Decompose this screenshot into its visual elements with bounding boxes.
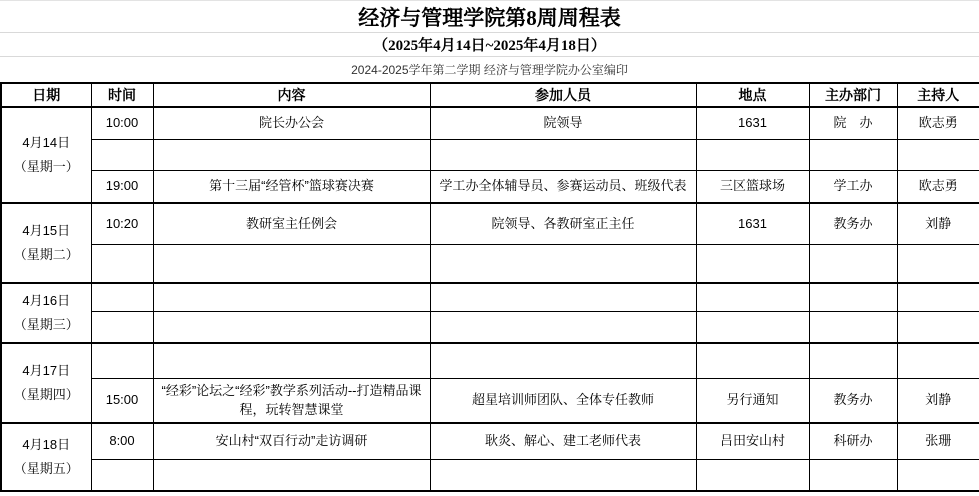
department-cell: [809, 244, 897, 283]
content-cell: 第十三届“经管杯”篮球赛决赛: [153, 170, 430, 203]
date-range-subtitle: （2025年4月14日~2025年4月18日）: [0, 33, 979, 57]
department-cell: [809, 343, 897, 378]
location-cell: [696, 283, 809, 311]
table-row: 4月17日 （星期四）: [1, 343, 979, 378]
col-header-department: 主办部门: [809, 83, 897, 107]
weekday-label: （星期五）: [6, 457, 87, 481]
time-cell: 10:20: [91, 203, 153, 244]
host-cell: 欧志勇: [897, 170, 979, 203]
location-cell: [696, 459, 809, 491]
participants-cell: [430, 244, 696, 283]
location-cell: [696, 139, 809, 170]
time-cell: [91, 311, 153, 343]
weekday-label: （星期二）: [6, 243, 87, 267]
header-row: 日期 时间 内容 参加人员 地点 主办部门 主持人: [1, 83, 979, 107]
department-cell: 教务办: [809, 378, 897, 423]
host-cell: 欧志勇: [897, 107, 979, 139]
date-cell: 4月15日 （星期二）: [1, 203, 91, 283]
host-cell: [897, 244, 979, 283]
department-cell: [809, 459, 897, 491]
time-cell: [91, 343, 153, 378]
weekday-label: （星期四）: [6, 383, 87, 407]
col-header-participants: 参加人员: [430, 83, 696, 107]
table-row: [1, 311, 979, 343]
table-row: 4月15日 （星期二） 10:20 教研室主任例会 院领导、各教研室正主任 16…: [1, 203, 979, 244]
host-cell: [897, 139, 979, 170]
participants-cell: 学工办全体辅导员、参赛运动员、班级代表: [430, 170, 696, 203]
time-cell: [91, 139, 153, 170]
location-cell: [696, 311, 809, 343]
table-row: 15:00 “经彩”论坛之“经彩”教学系列活动--打造精品课程，玩转智慧课堂 超…: [1, 378, 979, 423]
time-cell: 15:00: [91, 378, 153, 423]
participants-cell: [430, 459, 696, 491]
date-label: 4月14日: [6, 131, 87, 155]
content-cell: 院长办公会: [153, 107, 430, 139]
participants-cell: 超星培训师团队、全体专任教师: [430, 378, 696, 423]
col-header-time: 时间: [91, 83, 153, 107]
location-cell: 吕田安山村: [696, 423, 809, 459]
col-header-location: 地点: [696, 83, 809, 107]
location-cell: 另行通知: [696, 378, 809, 423]
participants-cell: 院领导、各教研室正主任: [430, 203, 696, 244]
weekday-label: （星期一）: [6, 155, 87, 179]
table-row: [1, 459, 979, 491]
time-cell: 8:00: [91, 423, 153, 459]
issuer-line: 2024-2025学年第二学期 经济与管理学院办公室编印: [0, 57, 979, 82]
date-cell: 4月18日 （星期五）: [1, 423, 91, 491]
department-cell: [809, 311, 897, 343]
department-cell: 教务办: [809, 203, 897, 244]
table-row: 19:00 第十三届“经管杯”篮球赛决赛 学工办全体辅导员、参赛运动员、班级代表…: [1, 170, 979, 203]
host-cell: [897, 459, 979, 491]
participants-cell: [430, 283, 696, 311]
time-cell: 10:00: [91, 107, 153, 139]
time-cell: [91, 244, 153, 283]
date-label: 4月17日: [6, 359, 87, 383]
content-cell: [153, 283, 430, 311]
col-header-content: 内容: [153, 83, 430, 107]
time-cell: [91, 459, 153, 491]
table-row: 4月16日 （星期三）: [1, 283, 979, 311]
content-cell: “经彩”论坛之“经彩”教学系列活动--打造精品课程，玩转智慧课堂: [153, 378, 430, 423]
date-label: 4月18日: [6, 433, 87, 457]
department-cell: 学工办: [809, 170, 897, 203]
content-cell: [153, 343, 430, 378]
location-cell: 1631: [696, 203, 809, 244]
host-cell: 刘静: [897, 203, 979, 244]
location-cell: 1631: [696, 107, 809, 139]
department-cell: [809, 283, 897, 311]
weekly-schedule-page: 经济与管理学院第8周周程表 （2025年4月14日~2025年4月18日） 20…: [0, 0, 979, 496]
page-title: 经济与管理学院第8周周程表: [0, 0, 979, 33]
participants-cell: 院领导: [430, 107, 696, 139]
host-cell: [897, 343, 979, 378]
department-cell: 科研办: [809, 423, 897, 459]
time-cell: [91, 283, 153, 311]
col-header-host: 主持人: [897, 83, 979, 107]
location-cell: [696, 244, 809, 283]
weekday-label: （星期三）: [6, 313, 87, 337]
table-row: 4月18日 （星期五） 8:00 安山村“双百行动”走访调研 耿炎、解心、建工老…: [1, 423, 979, 459]
content-cell: [153, 311, 430, 343]
location-cell: 三区篮球场: [696, 170, 809, 203]
content-cell: [153, 459, 430, 491]
location-cell: [696, 343, 809, 378]
participants-cell: [430, 139, 696, 170]
time-cell: 19:00: [91, 170, 153, 203]
host-cell: [897, 311, 979, 343]
date-cell: 4月17日 （星期四）: [1, 343, 91, 423]
content-cell: [153, 244, 430, 283]
department-cell: [809, 139, 897, 170]
table-row: [1, 139, 979, 170]
department-cell: 院 办: [809, 107, 897, 139]
date-cell: 4月14日 （星期一）: [1, 107, 91, 203]
participants-cell: [430, 343, 696, 378]
table-row: 4月14日 （星期一） 10:00 院长办公会 院领导 1631 院 办 欧志勇: [1, 107, 979, 139]
host-cell: 张珊: [897, 423, 979, 459]
col-header-date: 日期: [1, 83, 91, 107]
host-cell: [897, 283, 979, 311]
date-label: 4月16日: [6, 289, 87, 313]
table-row: [1, 244, 979, 283]
content-cell: [153, 139, 430, 170]
participants-cell: 耿炎、解心、建工老师代表: [430, 423, 696, 459]
date-label: 4月15日: [6, 219, 87, 243]
schedule-table: 日期 时间 内容 参加人员 地点 主办部门 主持人 4月14日 （星期一） 10…: [0, 82, 979, 492]
content-cell: 教研室主任例会: [153, 203, 430, 244]
content-cell: 安山村“双百行动”走访调研: [153, 423, 430, 459]
date-cell: 4月16日 （星期三）: [1, 283, 91, 343]
participants-cell: [430, 311, 696, 343]
host-cell: 刘静: [897, 378, 979, 423]
